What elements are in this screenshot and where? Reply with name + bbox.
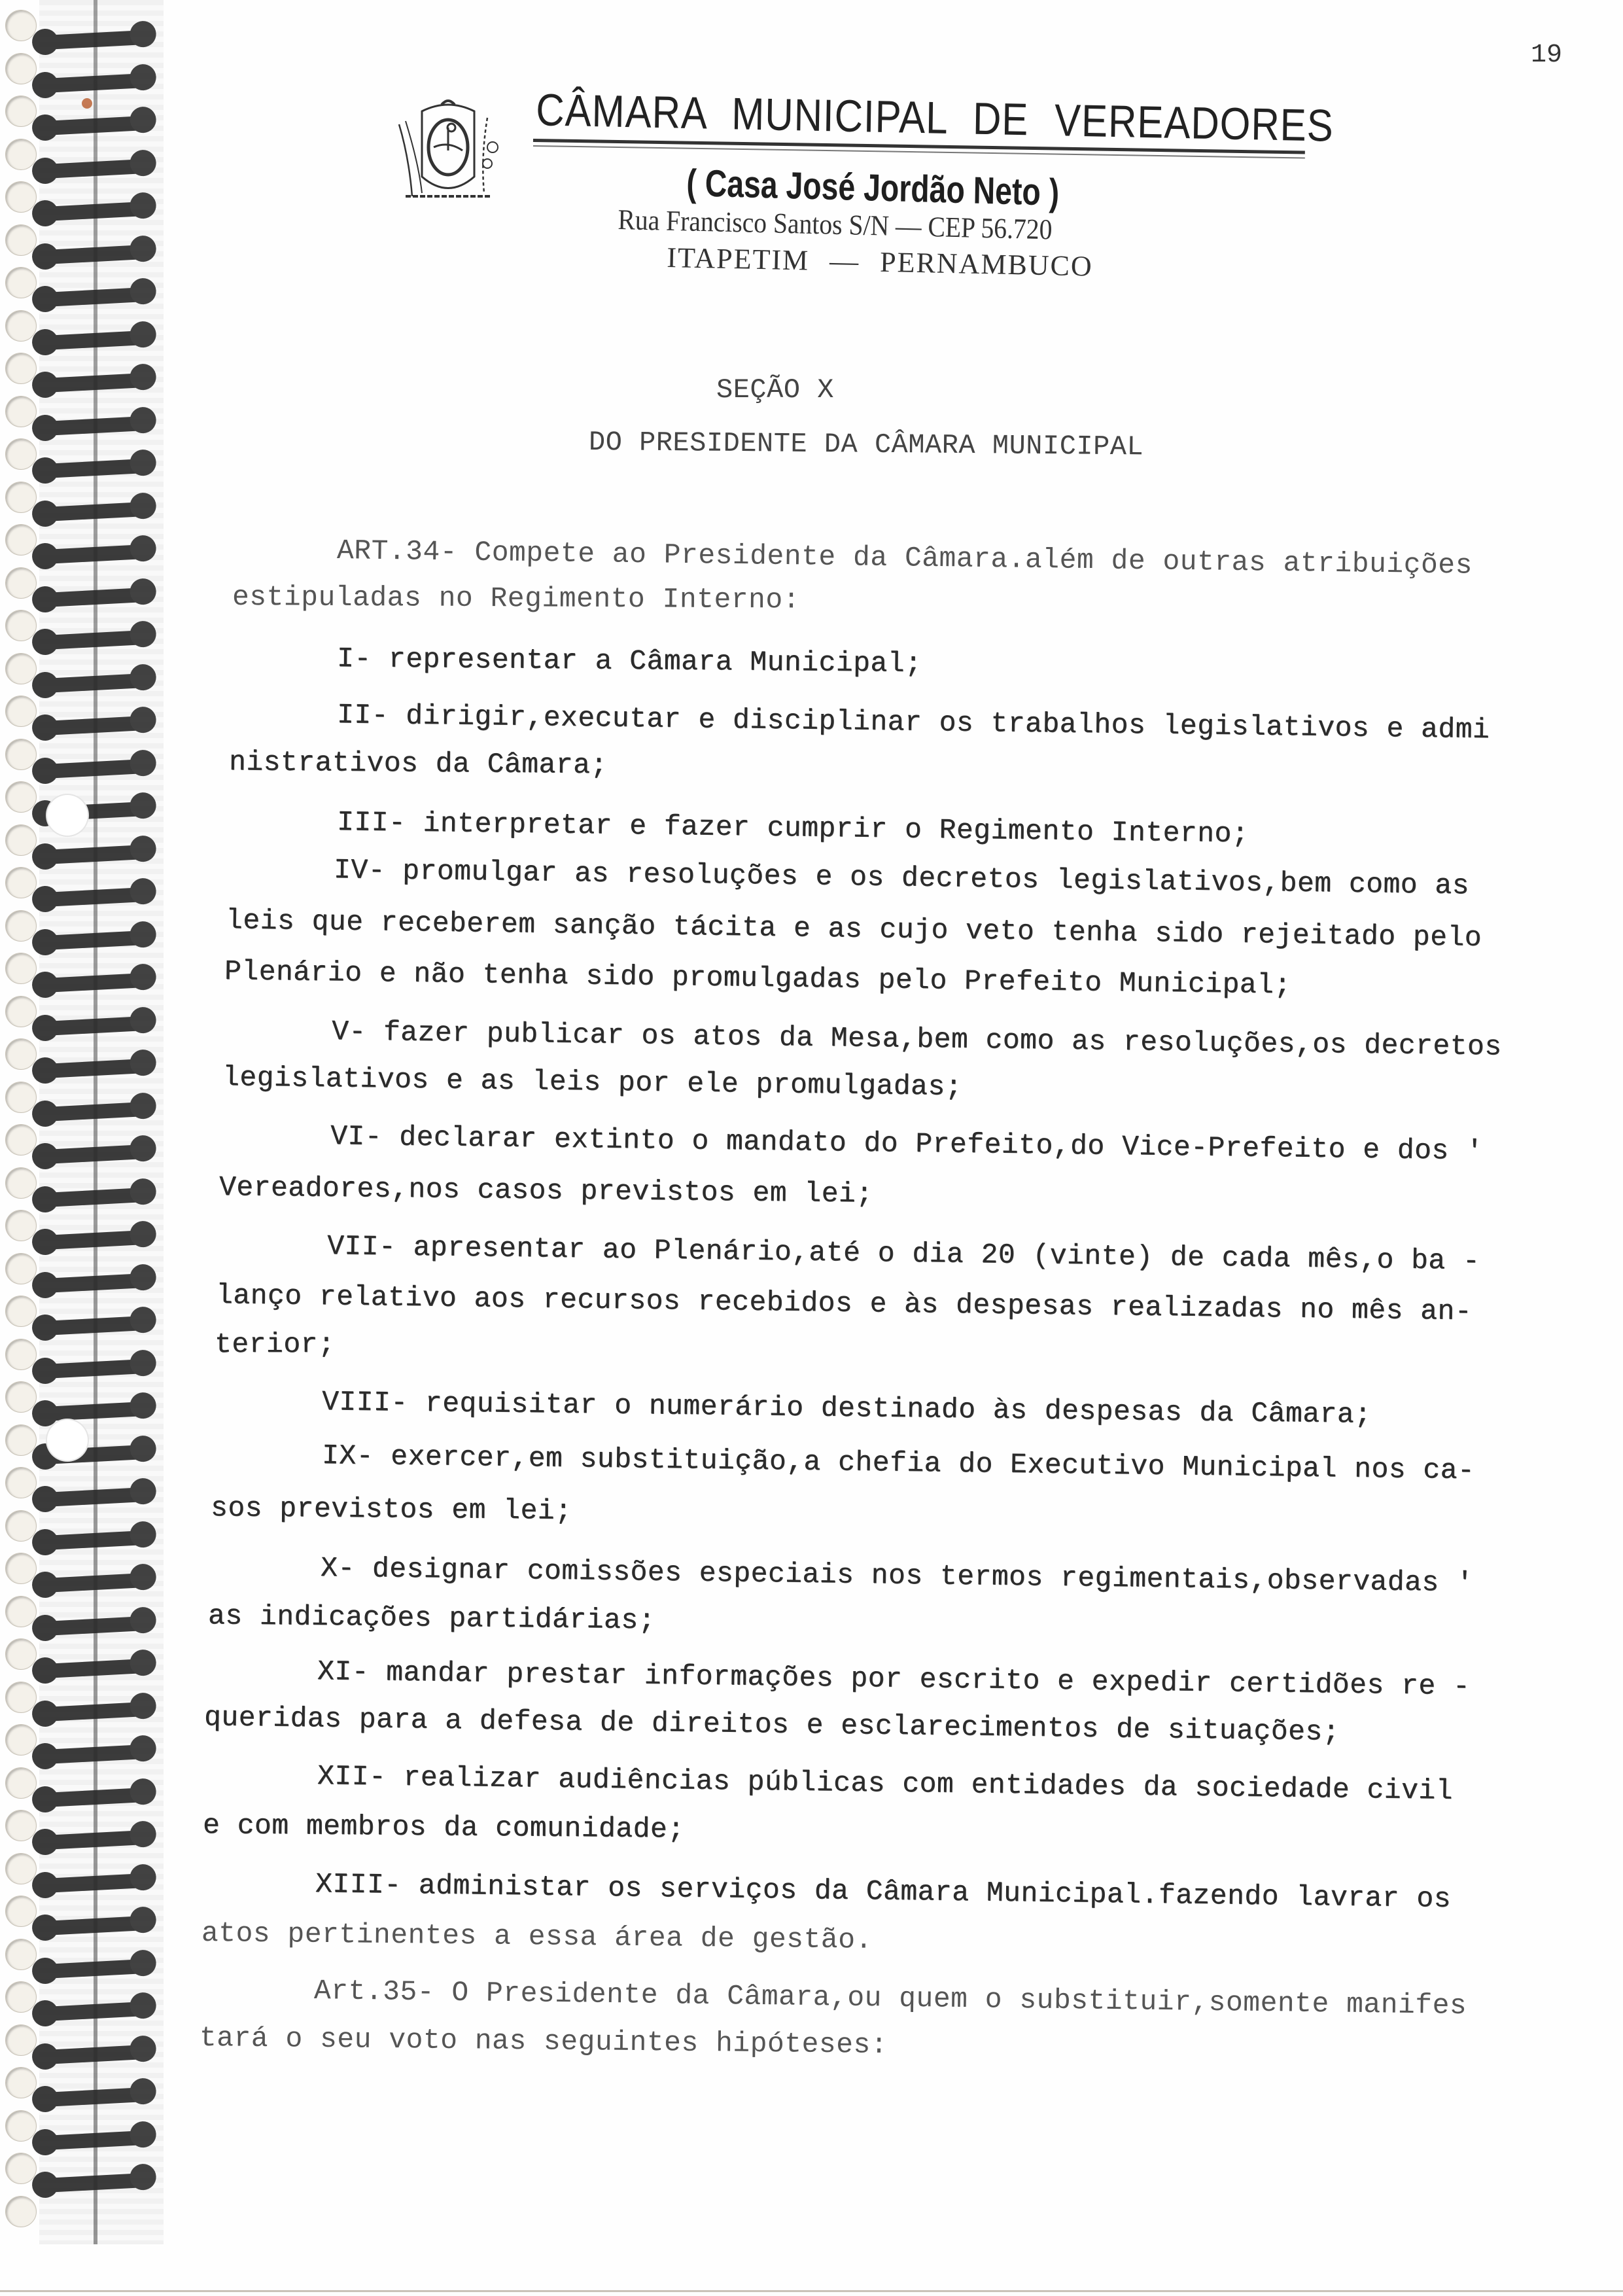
binding-hole bbox=[5, 2110, 37, 2142]
binding-hole bbox=[5, 1424, 37, 1456]
binding-hole bbox=[5, 1253, 37, 1284]
binding-hole bbox=[5, 781, 37, 813]
binding-hole bbox=[5, 1638, 37, 1670]
binding-hole bbox=[5, 181, 37, 213]
text-line: XII- realizar audiências públicas com en… bbox=[317, 1760, 1454, 1807]
binding-hole bbox=[5, 567, 37, 599]
text-line: as indicações partidárias; bbox=[208, 1600, 655, 1636]
binding-hole bbox=[5, 1767, 37, 1799]
text-line: Art.35- O Presidente da Câmara,ou quem o… bbox=[314, 1975, 1467, 2022]
binding-hole bbox=[5, 396, 37, 427]
binding-hole bbox=[5, 696, 37, 727]
text-line: lanço relativo aos recursos recebidos e … bbox=[216, 1279, 1473, 1328]
text-line: Vereadores,nos casos previstos em lei; bbox=[219, 1171, 873, 1210]
binding-hole bbox=[5, 910, 37, 942]
text-line: VIII- requisitar o numerário destinado à… bbox=[322, 1386, 1372, 1431]
binding-hole bbox=[5, 267, 37, 298]
binding-hole bbox=[5, 1682, 37, 1713]
text-line: IX- exercer,em substituição,a chefia do … bbox=[322, 1439, 1475, 1487]
binding-hole bbox=[5, 1381, 37, 1413]
binding-hole bbox=[5, 1596, 37, 1627]
section-title: DO PRESIDENTE DA CÂMARA MUNICIPAL bbox=[589, 427, 1144, 463]
binding-hole bbox=[5, 953, 37, 984]
text-line: V- fazer publicar os atos da Mesa,bem co… bbox=[332, 1016, 1502, 1063]
binding-hole bbox=[5, 1210, 37, 1241]
text-line: XIII- administar os serviços da Câmara M… bbox=[315, 1868, 1452, 1915]
binding-hole bbox=[5, 139, 37, 170]
text-line: XI- mandar prestar informações por escri… bbox=[317, 1655, 1471, 1703]
binding-hole bbox=[5, 353, 37, 384]
binding-hole bbox=[5, 482, 37, 513]
text-line: atos pertinentes a essa área de gestão. bbox=[201, 1917, 873, 1956]
text-line: e com membros da comunidade; bbox=[203, 1809, 685, 1845]
text-line: Plenário e não tenha sido promulgadas pe… bbox=[224, 955, 1291, 1001]
text-line: VI- declarar extinto o mandato do Prefei… bbox=[330, 1120, 1484, 1167]
binding-hole bbox=[5, 1339, 37, 1370]
binding-hole bbox=[5, 1724, 37, 1756]
binding-hole bbox=[5, 2067, 37, 2098]
binding-hole bbox=[5, 224, 37, 256]
punched-hole bbox=[47, 1420, 88, 1460]
binding-hole bbox=[5, 1981, 37, 2013]
text-line: sos previstos em lei; bbox=[211, 1492, 572, 1527]
spiral-binding bbox=[0, 0, 196, 2244]
binding-hole bbox=[5, 1510, 37, 1542]
text-line: I- representar a Câmara Municipal; bbox=[337, 643, 922, 680]
text-line: VII- apresentar ao Plenário,até o dia 20… bbox=[327, 1230, 1480, 1277]
text-line: III- interpretar e fazer cumprir o Regim… bbox=[337, 806, 1249, 850]
binding-hole bbox=[5, 1467, 37, 1498]
text-line: queridas para a defesa de direitos e esc… bbox=[204, 1701, 1340, 1748]
text-line: leis que receberem sanção tácita e as cu… bbox=[226, 904, 1482, 954]
binding-hole bbox=[5, 1553, 37, 1584]
text-line: terior; bbox=[215, 1328, 335, 1360]
binding-hole bbox=[5, 1810, 37, 1841]
binding-hole bbox=[5, 53, 37, 84]
text-line: IV- promulgar as resoluções e os decreto… bbox=[334, 854, 1470, 902]
text-line: X- designar comissões especiais nos term… bbox=[321, 1552, 1474, 1599]
ink-stain bbox=[82, 98, 92, 109]
binding-hole bbox=[5, 1896, 37, 1927]
text-line: estipuladas no Regimento Interno: bbox=[232, 581, 800, 616]
page-number: 19 bbox=[1531, 41, 1562, 70]
section-number: SEÇÃO X bbox=[716, 374, 834, 406]
text-line: legislativos e as leis por ele promulgad… bbox=[222, 1061, 963, 1103]
binding-hole bbox=[5, 1038, 37, 1070]
letterhead-city: ITAPETIM — PERNAMBUCO bbox=[667, 241, 1093, 283]
binding-hole bbox=[5, 824, 37, 856]
text-line: II- dirigir,executar e disciplinar os tr… bbox=[337, 699, 1490, 746]
binding-hole bbox=[5, 2196, 37, 2227]
binding-hole bbox=[5, 1082, 37, 1113]
binding-hole bbox=[5, 653, 37, 684]
binding-hole bbox=[5, 438, 37, 470]
binding-hole bbox=[5, 996, 37, 1027]
text-line: ART.34- Compete ao Presidente da Câmara.… bbox=[337, 535, 1473, 582]
binding-hole bbox=[5, 310, 37, 342]
binding-hole bbox=[5, 96, 37, 127]
binding-hole bbox=[5, 2153, 37, 2184]
binding-hole bbox=[5, 524, 37, 556]
binding-hole bbox=[5, 2024, 37, 2056]
binding-hole bbox=[5, 1296, 37, 1327]
binding-hole bbox=[5, 10, 37, 41]
text-line: tará o seu voto nas seguintes hipóteses: bbox=[200, 2022, 888, 2061]
binding-hole bbox=[5, 1853, 37, 1884]
binding-hole bbox=[5, 610, 37, 641]
binding-hole bbox=[5, 1939, 37, 1970]
binding-hole bbox=[5, 1167, 37, 1199]
coat-of-arms-icon bbox=[383, 85, 514, 216]
binding-hole bbox=[5, 867, 37, 898]
document-page: 19 CÂMARA MUNICIPAL DE VEREADORES ( Casa… bbox=[0, 0, 1623, 2292]
binding-hole bbox=[5, 1124, 37, 1156]
binding-hole bbox=[5, 739, 37, 770]
text-line: nistrativos da Câmara; bbox=[229, 746, 608, 781]
punched-hole bbox=[47, 795, 88, 836]
